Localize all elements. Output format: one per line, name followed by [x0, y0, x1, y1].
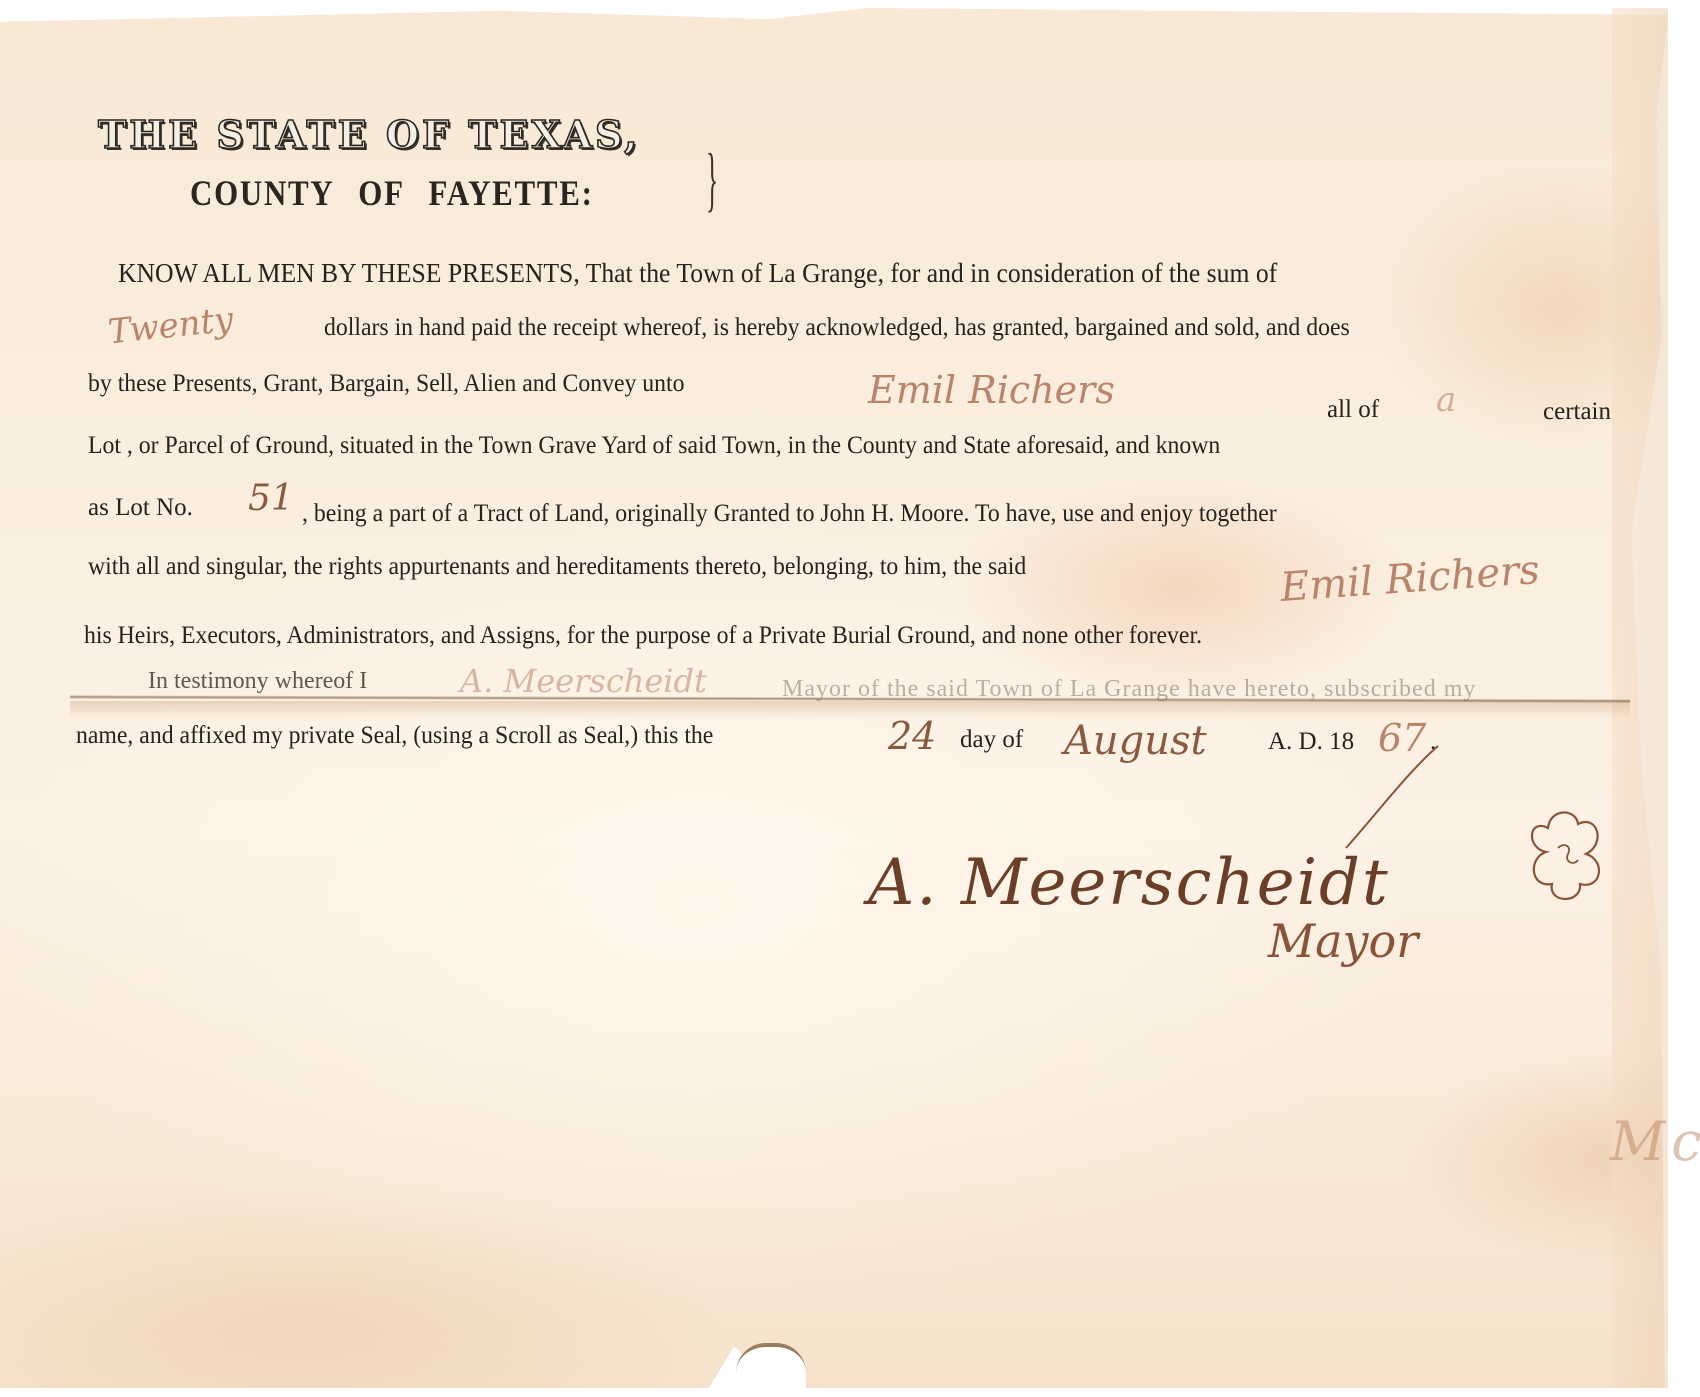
heading-brace: }	[706, 138, 718, 221]
folded-edge	[1612, 8, 1668, 1388]
pen-stroke-icon	[1338, 742, 1458, 852]
body-line-2: dollars in hand paid the receipt whereof…	[324, 314, 1350, 342]
handwritten-month: August	[1064, 718, 1207, 764]
body-line-5: , being a part of a Tract of Land, origi…	[302, 500, 1277, 528]
handwritten-grantee-1: Emil Richers	[868, 368, 1115, 412]
torn-notch	[736, 1343, 806, 1397]
state-heading: THE STATE OF TEXAS,	[98, 112, 640, 157]
body-line-8-prefix: In testimony whereof I	[148, 668, 367, 695]
county-heading: COUNTY OF FAYETTE:	[190, 172, 594, 214]
body-line-4: Lot , or Parcel of Ground, situated in t…	[88, 432, 1220, 460]
body-line-9-dayof: day of	[960, 726, 1023, 754]
body-line-3-allof: all of	[1327, 396, 1379, 424]
body-line-3: by these Presents, Grant, Bargain, Sell,…	[88, 370, 685, 398]
mayor-title: Mayor	[1268, 914, 1418, 968]
body-line-3-certain: certain	[1543, 398, 1611, 426]
handwritten-mayor-name-inline: A. Meerscheidt	[460, 662, 707, 700]
body-line-5-prefix: as Lot No.	[88, 494, 193, 522]
body-line-1: KNOW ALL MEN BY THESE PRESENTS, That the…	[118, 258, 1277, 289]
handwritten-article: a	[1436, 380, 1456, 420]
handwritten-day: 24	[888, 714, 936, 758]
body-line-7: his Heirs, Executors, Administrators, an…	[84, 622, 1202, 650]
scroll-seal-icon	[1518, 808, 1608, 908]
bleed-through-marks: Mc	[1610, 1110, 1700, 1173]
body-line-6: with all and singular, the rights appurt…	[88, 553, 1026, 581]
mayor-signature: A. Meerscheidt	[868, 846, 1390, 920]
handwritten-lot-number: 51	[248, 478, 294, 519]
body-line-9: name, and affixed my private Seal, (usin…	[76, 722, 713, 750]
